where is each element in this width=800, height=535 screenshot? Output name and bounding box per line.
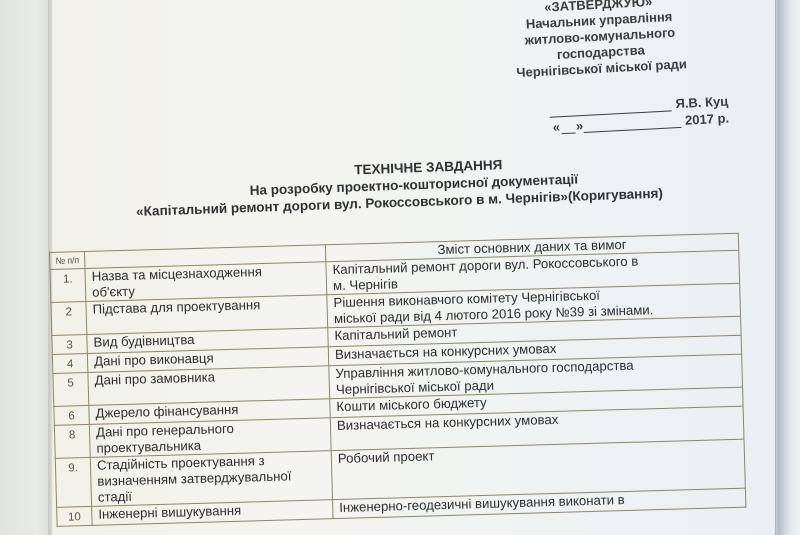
row-number: 6: [54, 405, 90, 425]
day-blank: [561, 120, 576, 134]
document-title-block: ТЕХНІЧНЕ ЗАВДАННЯ На розробку проектно-к…: [93, 150, 694, 222]
header-number: № п/п: [50, 252, 85, 270]
row-number: 9.: [55, 457, 91, 507]
signatory-name: Я.В. Куц: [675, 93, 728, 111]
row-number: 10: [57, 506, 93, 526]
date-quote-open: «: [552, 119, 560, 134]
row-number: 1.: [50, 269, 86, 303]
row-number: 4: [52, 353, 88, 373]
underlying-page: [0, 0, 52, 535]
specification-table: № п/п Зміст основних даних та вимог 1.На…: [49, 233, 746, 527]
table-body: 1.Назва та місцезнаходженняоб'єктуКапіта…: [50, 250, 746, 526]
document-photo: «ЗАТВЕРДЖУЮ» Начальник управління житлов…: [0, 0, 800, 535]
page-stack-edge: [774, 0, 800, 535]
approval-block: «ЗАТВЕРДЖУЮ» Начальник управління житлов…: [498, 0, 702, 82]
specification-table-wrap: № п/п Зміст основних даних та вимог 1.На…: [49, 233, 746, 527]
row-name: Стадійність проектування звизначенням за…: [90, 451, 332, 507]
document-page: «ЗАТВЕРДЖУЮ» Начальник управління житлов…: [53, 0, 775, 535]
row-number: 2: [51, 301, 87, 335]
date-year: 2017 р.: [685, 110, 730, 127]
row-number: 8: [54, 424, 90, 458]
row-number: 5: [53, 372, 89, 406]
month-blank: [583, 115, 682, 133]
row-number: 3: [52, 334, 88, 354]
signature-block: Я.В. Куц « » 2017 р.: [488, 91, 729, 138]
